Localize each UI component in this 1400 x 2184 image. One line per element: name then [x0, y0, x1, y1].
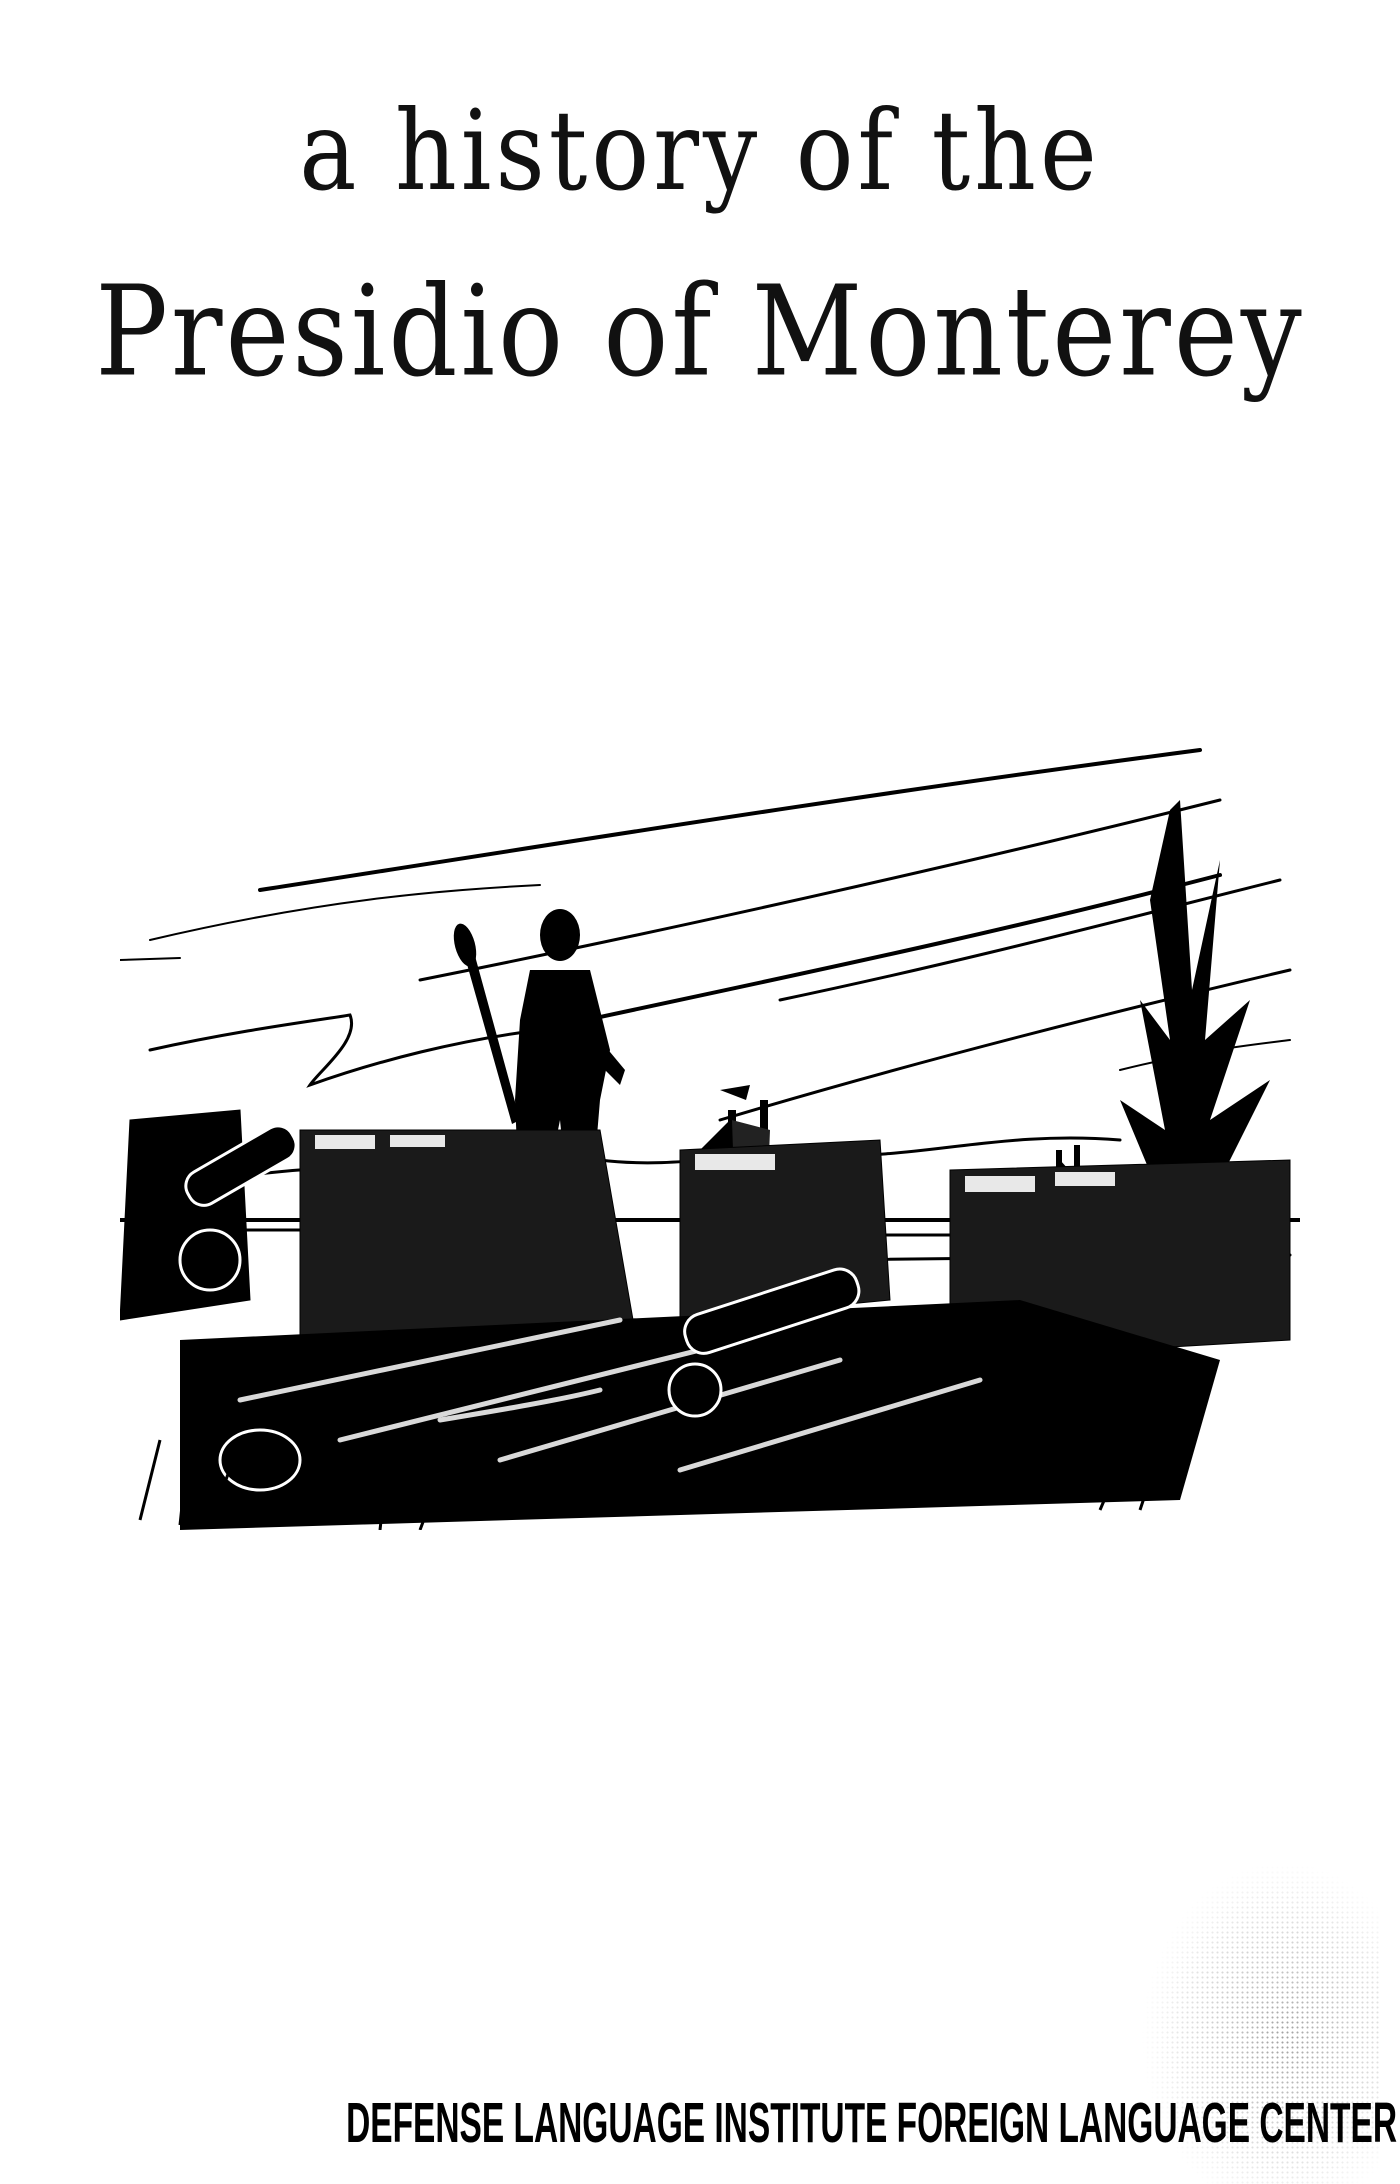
cover-title-text-2: Presidio of Monterey	[95, 261, 1305, 405]
publisher-text: DEFENSE LANGUAGE INSTITUTE FOREIGN LANGU…	[346, 2090, 1397, 2155]
cover-title-text-1: a history of the	[299, 87, 1101, 216]
publisher-name: DEFENSE LANGUAGE INSTITUTE FOREIGN LANGU…	[24, 2092, 1376, 2154]
cover-title-line-2: Presidio of Monterey	[0, 270, 1400, 395]
book-cover: a history of the Presidio of Monterey	[0, 0, 1400, 2184]
cover-title-line-1: a history of the	[0, 95, 1400, 207]
fort-harbor-illustration-icon	[120, 740, 1300, 1530]
